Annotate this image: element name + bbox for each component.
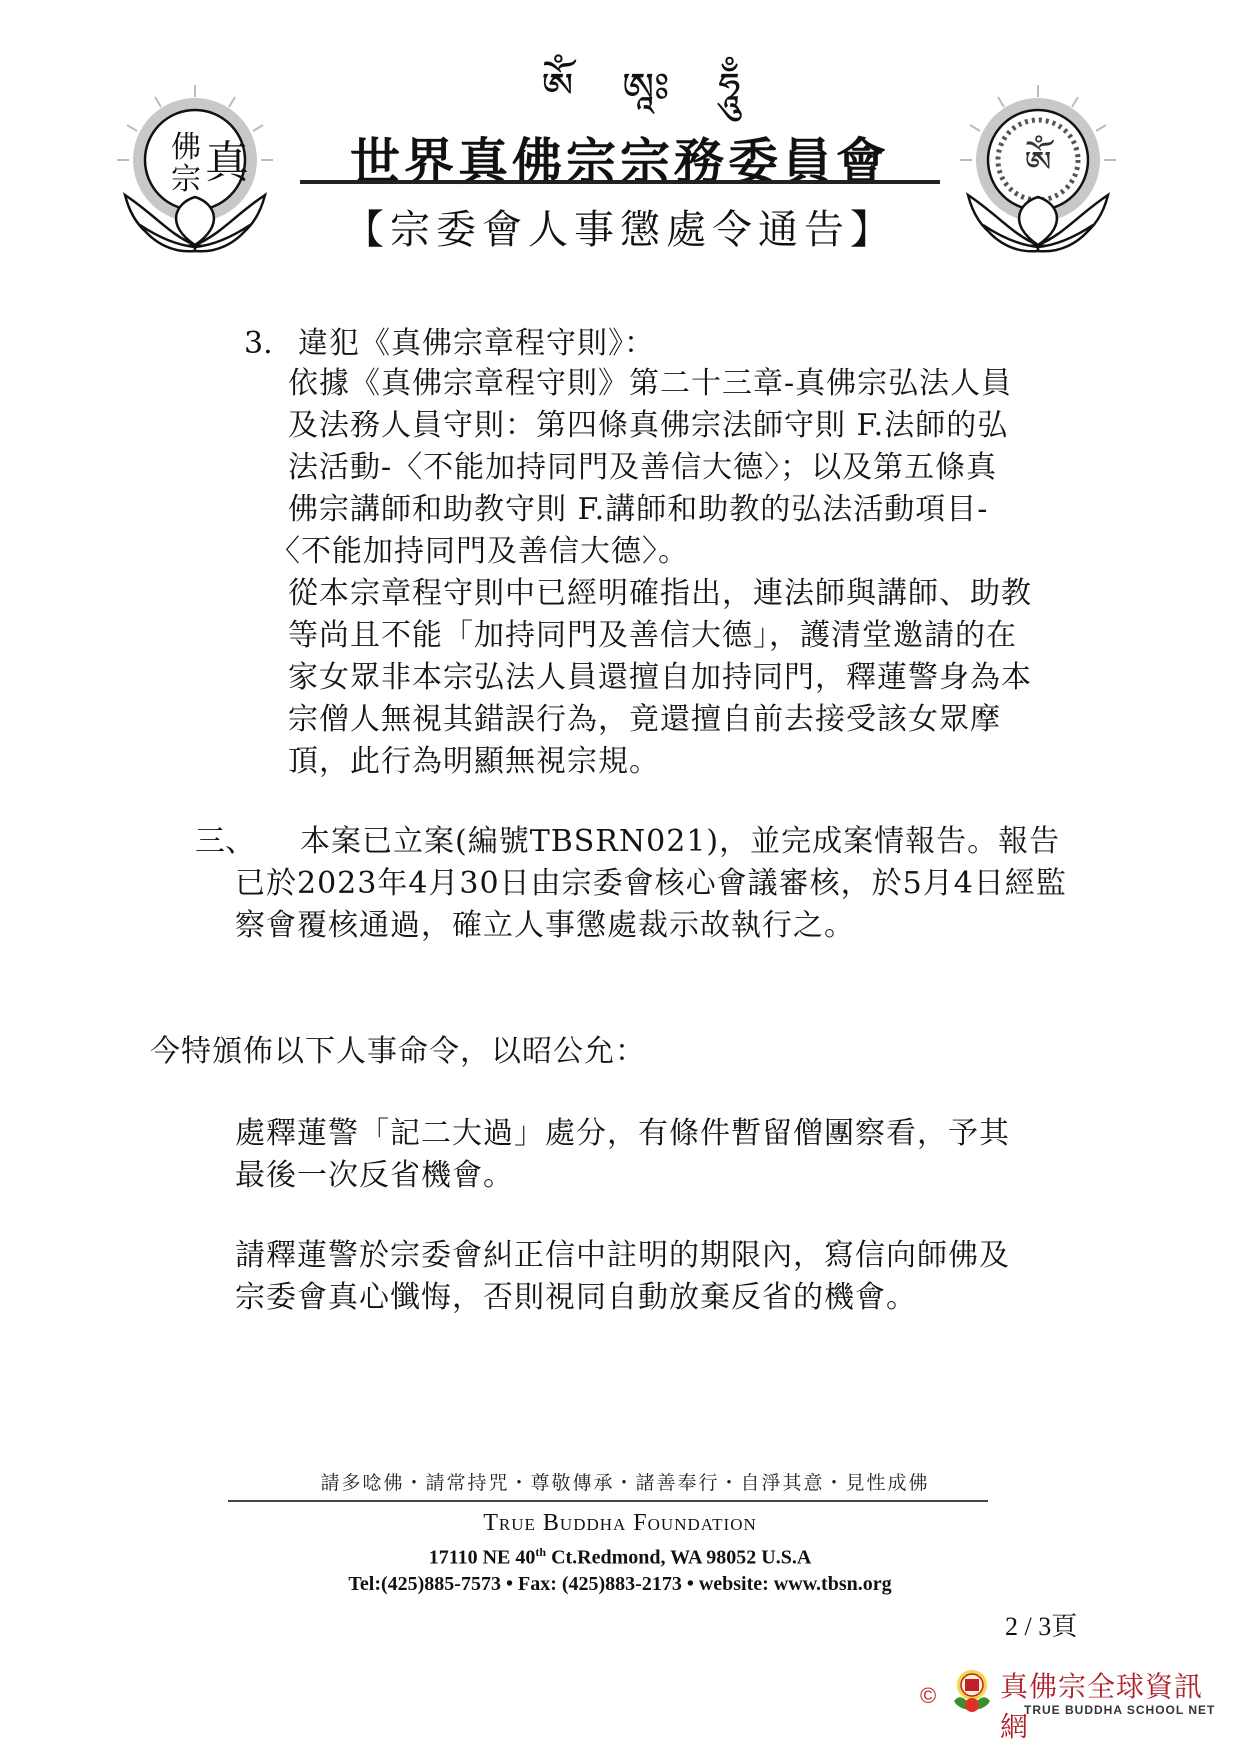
tbsn-watermark: © 真佛宗全球資訊網 TRUE BUDDHA SCHOOL NET: [920, 1665, 1220, 1725]
footer-divider: [228, 1500, 988, 1502]
item3-line: 〈不能加持同門及善信大德〉。: [270, 532, 689, 572]
section-number: 三、: [195, 822, 255, 862]
tbsn-logo-icon: [950, 1667, 994, 1717]
svg-text:真: 真: [205, 137, 251, 188]
section3-line: 已於2023年4月30日由宗委會核心會議審核，於5月4日經監: [235, 864, 1067, 904]
item3-line: 家女眾非本宗弘法人員還擅自加持同門，釋蓮警身為本: [288, 658, 1032, 698]
item3-line: 及法務人員守則：第四條真佛宗法師守則 F.法師的弘: [288, 406, 1008, 446]
decree-2-line: 宗委會真心懺悔，否則視同自動放棄反省的機會。: [235, 1278, 917, 1318]
footer-motto: 請多唸佛・請常持咒・尊敬傳承・諸善奉行・自淨其意・見性成佛: [240, 1468, 1010, 1495]
address-text: Ct.Redmond, WA 98052 U.S.A: [546, 1547, 811, 1569]
item-number: 3.: [244, 324, 273, 364]
page-number: 2 / 3頁: [1005, 1606, 1077, 1643]
foundation-name: True Buddha Foundation: [220, 1510, 1020, 1537]
item3-line: 宗僧人無視其錯誤行為，竟還擅自前去接受該女眾摩: [288, 700, 1001, 740]
item3-line: 依據《真佛宗章程守則》第二十三章-真佛宗弘法人員: [288, 364, 1012, 404]
section3-line: 察會覆核通過，確立人事懲處裁示故執行之。: [235, 906, 855, 946]
header-divider: [300, 180, 940, 184]
decree-intro: 今特頒佈以下人事命令，以昭公允：: [150, 1032, 646, 1072]
item3-line: 頂，此行為明顯無視宗規。: [288, 742, 660, 782]
item3-line: 法活動-〈不能加持同門及善信大德〉；以及第五條真: [288, 448, 997, 488]
address-sup: th: [535, 1545, 546, 1559]
tbsn-name-english: TRUE BUDDHA SCHOOL NET: [1024, 1703, 1215, 1717]
notice-title: 【宗委會人事懲處令通告】: [330, 198, 910, 255]
svg-text:佛: 佛: [171, 130, 201, 165]
address-text: 17110 NE 40: [429, 1547, 536, 1569]
svg-text:宗: 宗: [171, 162, 201, 197]
item3-line: 從本宗章程守則中已經明確指出，連法師與講師、助教: [288, 574, 1032, 614]
item3-line: 等尚且不能「加持同門及善信大德」，護清堂邀請的在: [288, 616, 1017, 656]
foundation-contact: Tel:(425)885-7573 • Fax: (425)883-2173 •…: [220, 1573, 1020, 1596]
right-emblem-logo: ༀ: [958, 85, 1118, 255]
decree-2-line: 請釋蓮警於宗委會糾正信中註明的期限內，寫信向師佛及: [235, 1236, 1010, 1276]
decree-1-line: 處釋蓮警「記二大過」處分，有條件暫留僧團察看，予其: [235, 1114, 1010, 1154]
item3-heading: 違犯《真佛宗章程守則》：: [298, 324, 655, 364]
decree-1-line: 最後一次反省機會。: [235, 1156, 514, 1196]
foundation-address: 17110 NE 40th Ct.Redmond, WA 98052 U.S.A: [220, 1545, 1020, 1570]
item3-line: 佛宗講師和助教守則 F.講師和助教的弘法活動項目-: [288, 490, 988, 530]
left-emblem-logo: 佛 宗 真: [115, 85, 275, 255]
section3-line: 本案已立案(編號TBSRN021)，並完成案情報告。報告: [300, 822, 1060, 862]
copyright-icon: ©: [920, 1683, 936, 1709]
